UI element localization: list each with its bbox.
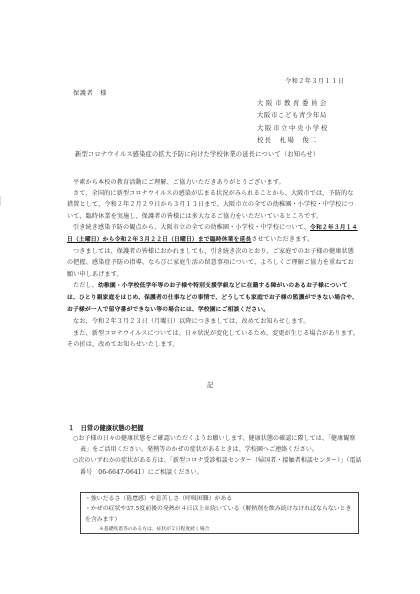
extension-intro: 引き続き感染予防の観点から、大阪市立の全ての幼稚園・小学校・中学校について、 — [73, 224, 310, 231]
health-check-item: ○お子様の日々の健康状態をご確認いただくようお願いします。健康状態の確認に際して… — [73, 433, 363, 455]
letter-date: 令和２年３月１１日 — [285, 76, 344, 85]
document-title: 新型コロナウイルス感染症の拡大予防に向けた学校休業の延長について（お知らせ） — [75, 149, 319, 158]
consultation-item: ○次のいずれかの症状がある方は、「新型コロナ受診相談センター（帰国者・接触者相談… — [73, 455, 363, 477]
scan-artifact — [0, 196, 1, 206]
paragraph-changes: また、新型コロナウイルスについては、日々状況が変化しているため、変更が生じる場合… — [67, 328, 359, 350]
section-items: ○お子様の日々の健康状態をご確認いただくようお願いします。健康状態の確認に際して… — [73, 433, 363, 478]
sender-block: 大阪市教育委員会 大阪市こども青少年局 大阪市立中央小学校 校長 札場 俊二 — [257, 97, 329, 146]
addressee: 保護者 様 — [73, 88, 107, 97]
sender-line: 大阪市立中央小学校 — [257, 122, 329, 134]
symptom-line: ・かぜの症状や37.5度前後の発熱が４日以上※続いている（解熱剤を飲み続けなけれ… — [85, 504, 354, 525]
symptom-note: ※基礎疾患等のある方は、症状が２日程度続く場合 — [85, 525, 354, 535]
paragraph-greeting: 平素から本校の教育活動にご理解、ご協力いただきありがとうございます。 — [67, 177, 359, 188]
extension-outro: させていただきます。 — [251, 236, 313, 243]
section-heading: １ 日常の健康状態の把握 — [68, 423, 144, 432]
paragraph-further-notice: なお、令和２年３月２３日（月曜日）以降につきましては、改めてお知らせします。 — [67, 316, 359, 327]
paragraph-request: つきましては、保護者の皆様におかれましても、引き続き次のとおり、ご家庭でのお子様… — [67, 246, 359, 280]
ki-marker: 記 — [207, 380, 213, 389]
exception-emphasis: 幼稚園・小学校低学年等のお子様や特別支援学級などに在籍する障がいのあるお子様につ… — [67, 283, 358, 313]
paragraph-extension: 引き続き感染予防の観点から、大阪市立の全ての幼稚園・小学校・中学校について、令和… — [67, 222, 359, 246]
body-text: 平素から本校の教育活動にご理解、ご協力いただきありがとうございます。 さて、全国… — [67, 177, 359, 350]
symptom-box: ・強いだるさ（倦怠感）や息苦しさ（呼吸困難）がある ・かぜの症状や37.5度前後… — [80, 492, 359, 534]
sender-line: 大阪市教育委員会 — [257, 97, 329, 109]
sender-line: 大阪市こども青少年局 — [257, 109, 329, 121]
paragraph-exception: ただし、幼稚園・小学校低学年等のお子様や特別支援学級などに在籍する障がいのあるお… — [67, 280, 359, 317]
sender-line: 校長 札場 俊二 — [257, 134, 329, 146]
paragraph-background: さて、全国的に新型コロナウイルスの感染が広まる状況がみられることから、大阪市では… — [67, 188, 359, 222]
exception-intro: ただし、 — [73, 282, 98, 289]
document-page: 令和２年３月１１日 保護者 様 大阪市教育委員会 大阪市こども青少年局 大阪市立… — [0, 0, 420, 594]
symptom-line: ・強いだるさ（倦怠感）や息苦しさ（呼吸困難）がある — [85, 494, 354, 504]
